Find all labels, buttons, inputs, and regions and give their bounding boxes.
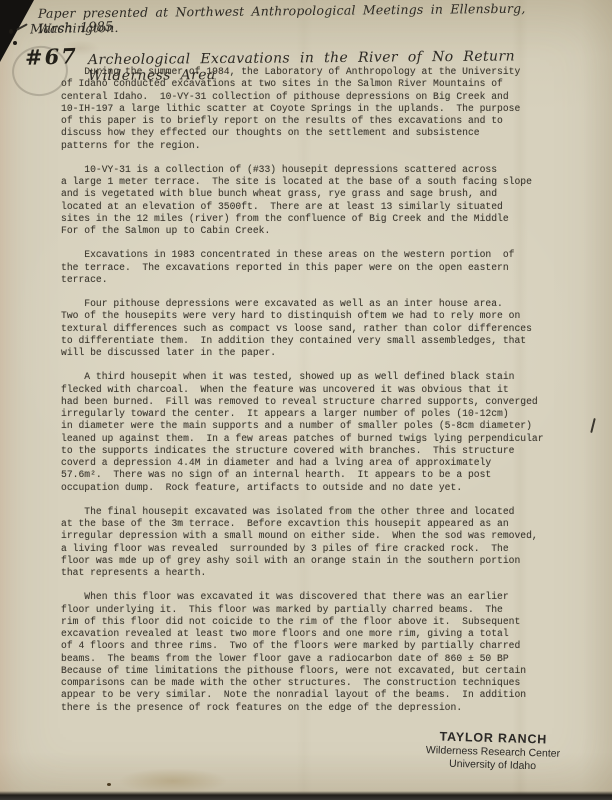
body-paragraph: During the summer of 1984, the Laborator…	[61, 66, 577, 152]
ink-dot	[9, 29, 13, 34]
body-paragraph: When this floor was excavated it was dis…	[61, 591, 577, 714]
handwritten-presentation-note: Paper presented at Northwest Anthropolog…	[38, 0, 578, 36]
body-paragraph: A third housepit when it was tested, sho…	[61, 371, 577, 494]
scan-edge-shadow	[0, 791, 612, 800]
body-paragraph: Four pithouse depressions were excavated…	[61, 298, 577, 359]
body-paragraph: Excavations in 1983 concentrated in thes…	[61, 249, 577, 286]
body-paragraph: 10-VY-31 is a collection of (#33) housep…	[61, 164, 577, 238]
pen-mark-right-edge	[590, 418, 596, 433]
typewritten-body: During the summer of 1984, the Laborator…	[61, 66, 577, 726]
taylor-ranch-stamp: TAYLOR RANCH Wilderness Research Center …	[407, 729, 578, 774]
scanned-document-page: Paper presented at Northwest Anthropolog…	[0, 0, 612, 800]
handwritten-date-note: March 1985	[30, 20, 114, 38]
ink-dot	[13, 41, 17, 45]
body-paragraph: The final housepit excavated was isolate…	[61, 506, 577, 580]
stain-dot	[107, 783, 111, 786]
